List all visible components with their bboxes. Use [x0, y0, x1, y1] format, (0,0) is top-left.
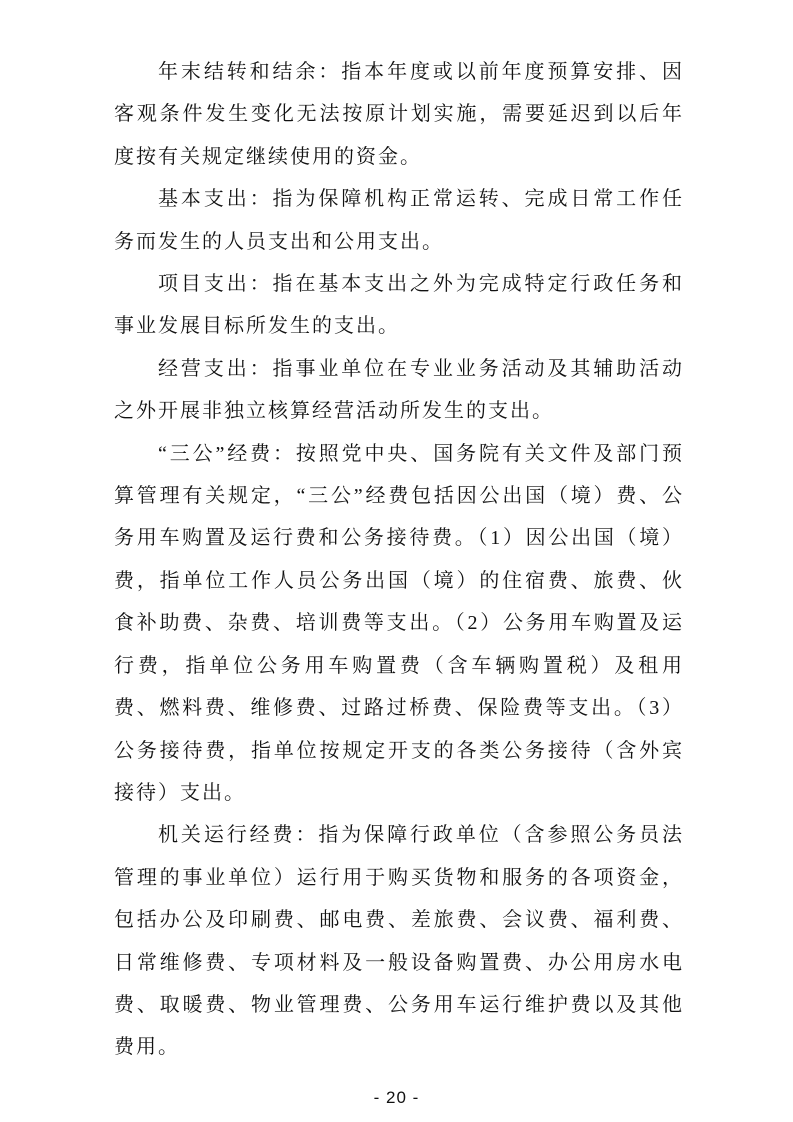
- paragraph-project-expenditure: 项目支出：指在基本支出之外为完成特定行政任务和事业发展目标所发生的支出。: [114, 263, 684, 348]
- paragraph-agency-operating-funds: 机关运行经费：指为保障行政单位（含参照公务员法管理的事业单位）运行用于购买货物和…: [114, 814, 684, 1068]
- paragraph-basic-expenditure: 基本支出：指为保障机构正常运转、完成日常工作任务而发生的人员支出和公用支出。: [114, 178, 684, 263]
- paragraph-three-public-funds: “三公”经费：按照党中央、国务院有关文件及部门预算管理有关规定，“三公”经费包括…: [114, 433, 684, 815]
- paragraph-year-end-carryover: 年末结转和结余：指本年度或以前年度预算安排、因客观条件发生变化无法按原计划实施，…: [114, 51, 684, 178]
- document-page: 年末结转和结余：指本年度或以前年度预算安排、因客观条件发生变化无法按原计划实施，…: [0, 0, 793, 1122]
- document-body: 年末结转和结余：指本年度或以前年度预算安排、因客观条件发生变化无法按原计划实施，…: [114, 51, 684, 1069]
- paragraph-operating-expenditure: 经营支出：指事业单位在专业业务活动及其辅助活动之外开展非独立核算经营活动所发生的…: [114, 348, 684, 433]
- page-number: - 20 -: [0, 1088, 793, 1108]
